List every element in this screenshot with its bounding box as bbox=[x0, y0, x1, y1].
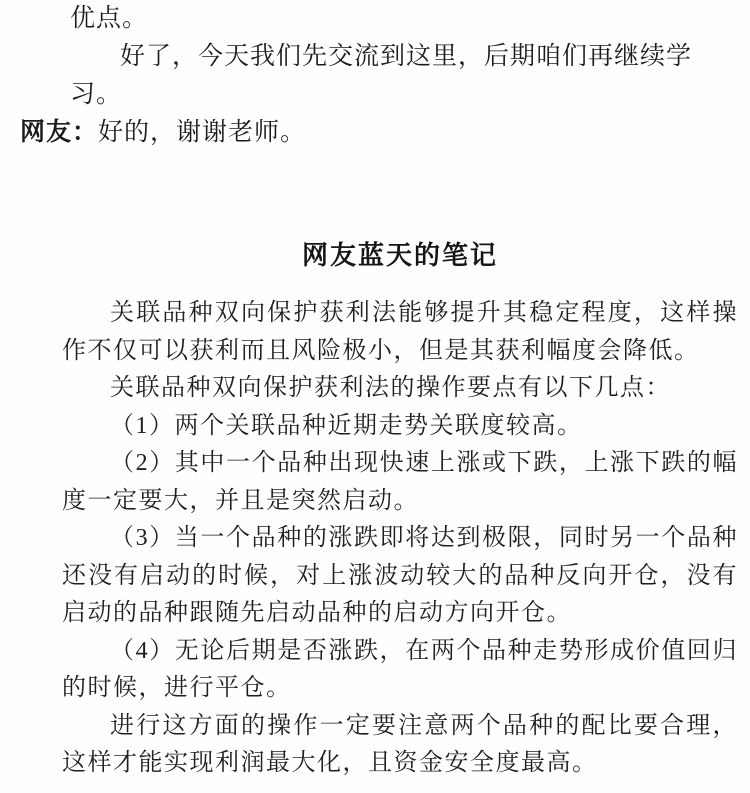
note-paragraph-closing: 进行这方面的操作一定要注意两个品种的配比要合理，这样才能实现利润最大化，且资金安… bbox=[62, 708, 738, 783]
teacher-closing-line: 好了，今天我们先交流到这里，后期咱们再继续学习。 bbox=[70, 38, 730, 114]
note-point-1: （1）两个关联品种近期走势关联度较高。 bbox=[62, 408, 738, 446]
speaker-label: 网友： bbox=[20, 119, 98, 146]
netfriend-reply-line: 网友：好的，谢谢老师。 bbox=[20, 114, 730, 152]
speaker-speech: 好的，谢谢老师。 bbox=[98, 119, 306, 146]
notes-title: 网友蓝天的笔记 bbox=[62, 238, 738, 272]
notes-body: 关联品种双向保护获利法能够提升其稳定程度，这样操作不仅可以获利而且风险极小，但是… bbox=[62, 295, 738, 783]
dialogue-section: 优点。 好了，今天我们先交流到这里，后期咱们再继续学习。 网友：好的，谢谢老师。 bbox=[70, 0, 730, 152]
note-point-2: （2）其中一个品种出现快速上涨或下跌，上涨下跌的幅度一定要大，并且是突然启动。 bbox=[62, 445, 738, 520]
note-point-4: （4）无论后期是否涨跌，在两个品种走势形成价值回归的时候，进行平仓。 bbox=[62, 633, 738, 708]
note-paragraph-intro: 关联品种双向保护获利法能够提升其稳定程度，这样操作不仅可以获利而且风险极小，但是… bbox=[62, 295, 738, 370]
paragraph-continuation: 优点。 bbox=[70, 0, 730, 38]
notes-section: 网友蓝天的笔记 关联品种双向保护获利法能够提升其稳定程度，这样操作不仅可以获利而… bbox=[62, 238, 738, 783]
note-paragraph-lead: 关联品种双向保护获利法的操作要点有以下几点： bbox=[62, 370, 738, 408]
book-page: 优点。 好了，今天我们先交流到这里，后期咱们再继续学习。 网友：好的，谢谢老师。… bbox=[0, 0, 750, 793]
note-point-3: （3）当一个品种的涨跌即将达到极限，同时另一个品种还没有启动的时候，对上涨波动较… bbox=[62, 520, 738, 633]
